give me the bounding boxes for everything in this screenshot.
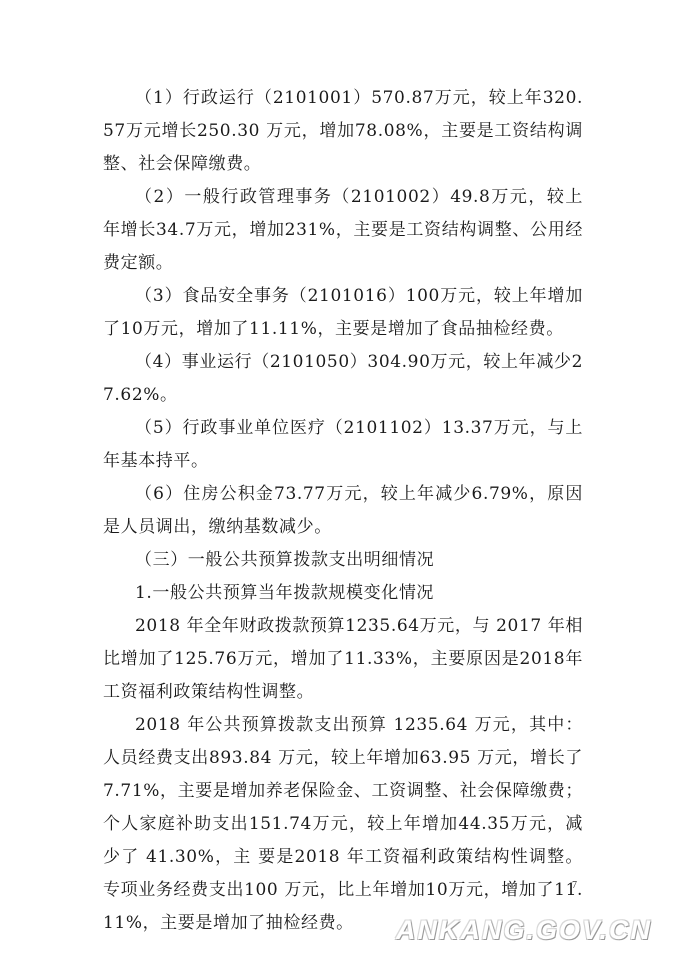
section-heading: （三）一般公共预算拨款支出明细情况 xyxy=(103,544,583,577)
item-6-housing-fund: （6）住房公积金73.77万元，较上年减少6.79%，原因是人员调出，缴纳基数减… xyxy=(103,478,583,544)
item-4-institution-operation: （4）事业运行（2101050）304.90万元，较上年减少27.62%。 xyxy=(103,346,583,412)
total-budget-paragraph: 2018 年全年财政拨款预算1235.64万元，与 2017 年相比增加了125… xyxy=(103,610,583,709)
page-number: 7 xyxy=(572,880,577,891)
document-page: （1）行政运行（2101001）570.87万元，较上年320.57万元增长25… xyxy=(103,82,583,940)
item-1-administrative-operation: （1）行政运行（2101001）570.87万元，较上年320.57万元增长25… xyxy=(103,82,583,181)
item-3-food-safety: （3）食品安全事务（2101016）100万元，较上年增加了10万元，增加了11… xyxy=(103,280,583,346)
subsection-heading: 1.一般公共预算当年拨款规模变化情况 xyxy=(103,577,583,610)
item-5-medical: （5）行政事业单位医疗（2101102）13.37万元，与上年基本持平。 xyxy=(103,412,583,478)
site-watermark: ANKANG.GOV.CN xyxy=(396,915,652,946)
expenditure-breakdown-paragraph: 2018 年公共预算拨款支出预算 1235.64 万元，其中：人员经费支出893… xyxy=(103,709,583,940)
item-2-general-administration: （2）一般行政管理事务（2101002）49.8万元，较上年增长34.7万元，增… xyxy=(103,181,583,280)
